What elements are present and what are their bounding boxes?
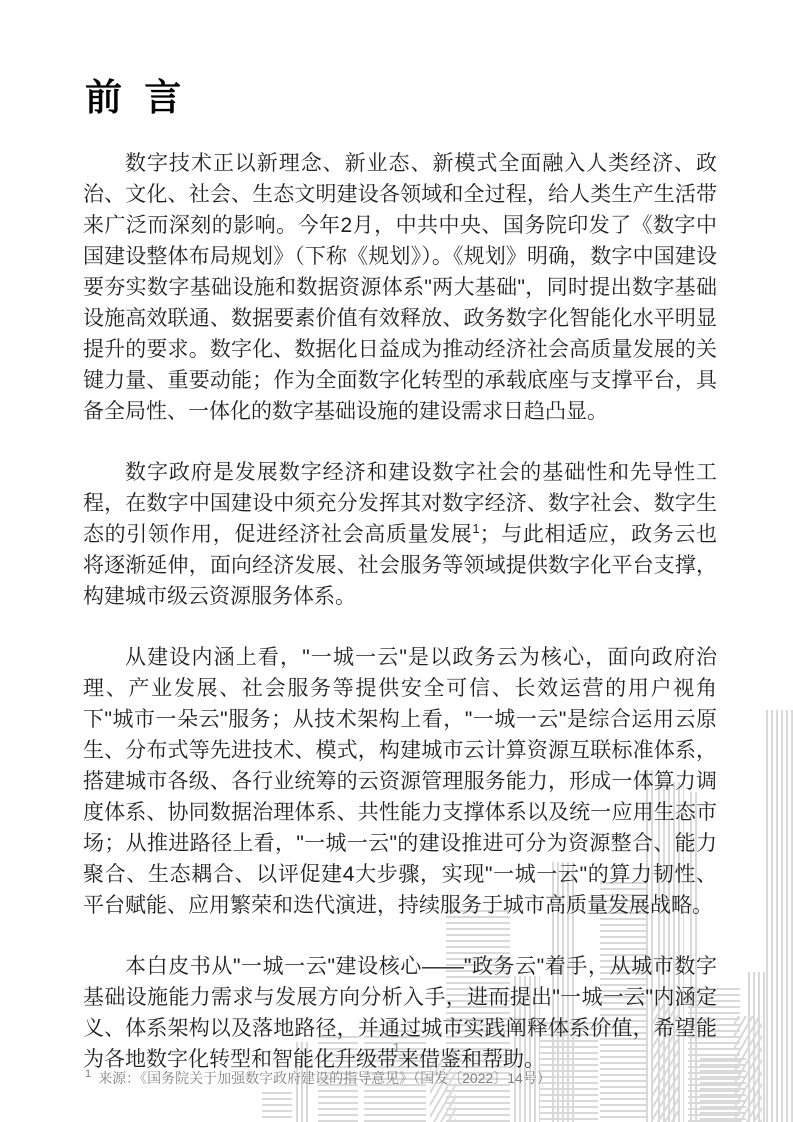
footnote: 1来源：《国务院关于加强数字政府建设的指导意见》（国发〔2022〕14号） <box>85 1068 705 1088</box>
paragraph-4: 本白皮书从"一城一云"建设核心——"政务云"着手，从城市数字基础设施能力需求与发… <box>83 951 717 1075</box>
page-number: 1 <box>0 1040 793 1055</box>
page-body: 数字技术正以新理念、新业态、新模式全面融入人类经济、政治、文化、社会、生态文明建… <box>83 148 717 1105</box>
footnote-text: 来源：《国务院关于加强数字政府建设的指导意见》（国发〔2022〕14号） <box>98 1070 551 1086</box>
paragraph-2: 数字政府是发展数字经济和建设数字社会的基础性和先导性工程，在数字中国建设中须充分… <box>83 457 717 612</box>
building-silhouette <box>766 710 793 1122</box>
document-page: 前 言 数字技术正以新理念、新业态、新模式全面融入人类经济、政治、文化、社会、生… <box>0 0 793 1122</box>
paragraph-3: 从建设内涵上看，"一城一云"是以政务云为核心，面向政府治理、产业发展、社会服务等… <box>83 642 717 921</box>
footnote-marker: 1 <box>85 1068 91 1080</box>
footnote-reference: 1 <box>472 521 479 536</box>
paragraph-1: 数字技术正以新理念、新业态、新模式全面融入人类经济、政治、文化、社会、生态文明建… <box>83 148 717 427</box>
page-title: 前 言 <box>85 78 187 118</box>
